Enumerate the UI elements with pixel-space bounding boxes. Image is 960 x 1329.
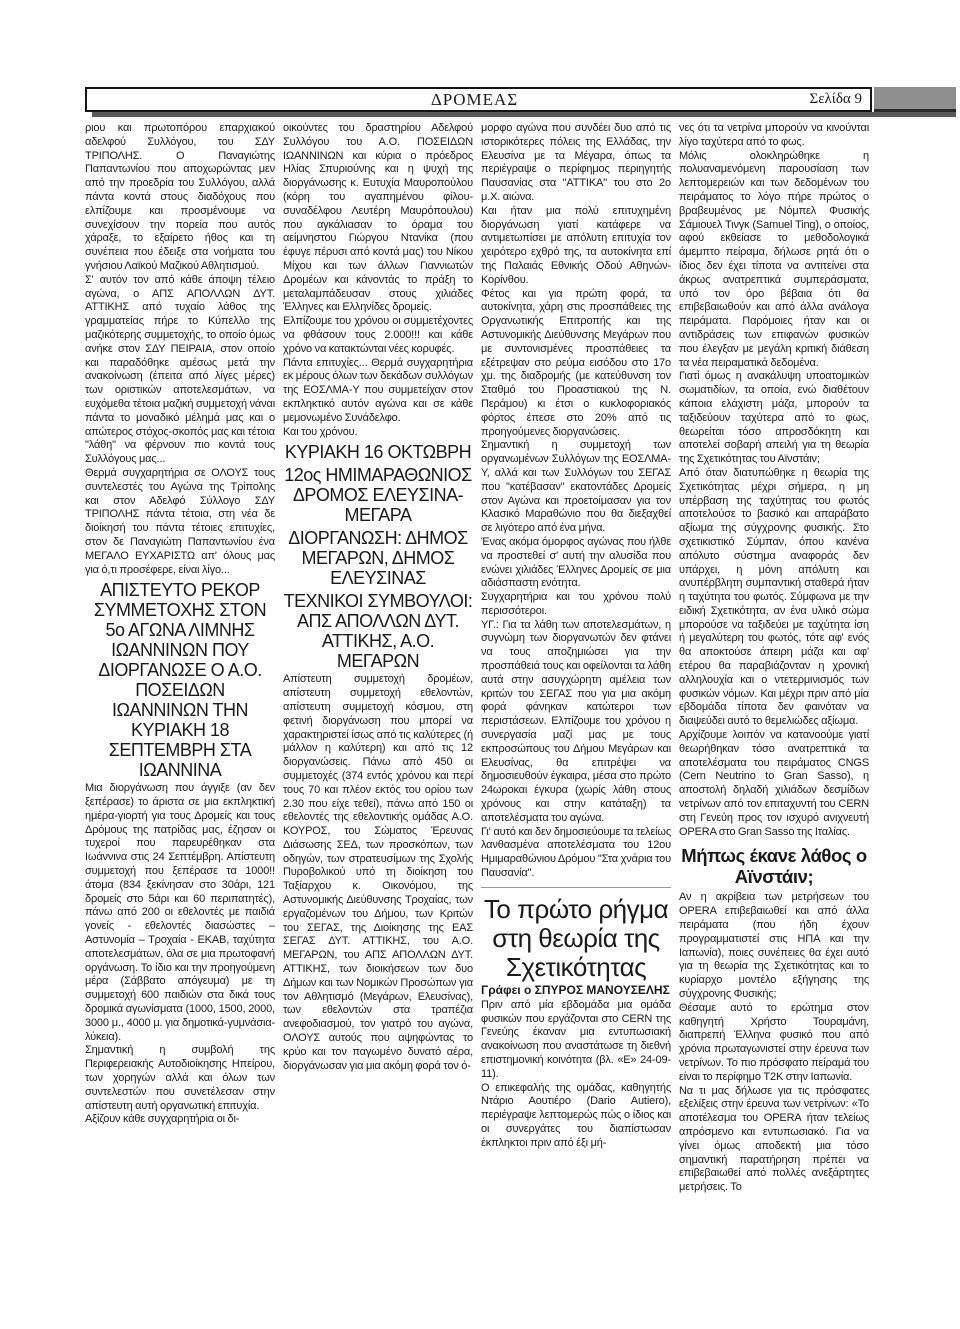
text-column-3: μορφο αγώνα που συνδέει δυο από τις ιστο… xyxy=(481,122,671,1247)
section-heading: ΚΥΡΙΑΚΗ 16 ΟΚΤΩΒΡΗ xyxy=(283,442,473,462)
paragraph: Αξίζουν κάθε συγχαρητήρια οι δι- xyxy=(85,1113,275,1127)
text-column-4: νες ότι τα νετρίνα μπορούν να κινούνται … xyxy=(679,122,869,1247)
article-title: Το πρώτο ρήγμα στη θεωρία της Σχετικότητ… xyxy=(481,887,671,982)
text-column-2: οικούντες του δραστηρίου Αδελφού Συλλόγο… xyxy=(283,122,473,1247)
paragraph: Και ήταν μια πολύ επιτυχημένη διοργάνωση… xyxy=(481,205,671,288)
paragraph: Αρχίζουμε λοιπόν να κατανοούμε γιατί θεω… xyxy=(679,729,869,839)
header-shadow xyxy=(92,112,956,117)
paragraph: Αν η ακρίβεια των μετρήσεων του OPERA επ… xyxy=(679,891,869,1001)
paragraph: Από όταν διατυπώθηκε η θεωρία της Σχετικ… xyxy=(679,467,869,729)
page-number-label: Σελίδα 9 xyxy=(772,91,870,108)
paragraph: Ο επικεφαλής της ομάδας, καθηγητής Ντάρι… xyxy=(481,1082,671,1151)
section-heading: 12ος ΗΜΙΜΑΡΑΘΩΝΙΟΣ ΔΡΟΜΟΣ ΕΛΕΥΣΙΝΑ-ΜΕΓΑΡ… xyxy=(283,465,473,525)
article-subheading: Μήπως έκανε λάθος ο Αϊνστάιν; xyxy=(679,846,869,887)
paragraph: Απίστευτη συμμετοχή δρομέων, απίστευτη σ… xyxy=(283,673,473,1073)
paragraph: Γιατί όμως η ανακάλυψη υποατομικών σωματ… xyxy=(679,370,869,467)
paragraph: οικούντες του δραστηρίου Αδελφού Συλλόγο… xyxy=(283,122,473,315)
section-heading: ΤΕΧΝΙΚΟΙ ΣΥΜΒΟΥΛΟΙ: ΑΠΣ ΑΠΟΛΛΩΝ ΔΥΤ. ΑΤΤ… xyxy=(283,591,473,671)
paragraph: ΥΓ.: Για τα λάθη των αποτελεσμάτων, η συ… xyxy=(481,619,671,826)
paragraph: νες ότι τα νετρίνα μπορούν να κινούνται … xyxy=(679,122,869,150)
paragraph: Μόλις ολοκληρώθηκε η πολυαναμενόμενη παρ… xyxy=(679,150,869,371)
paragraph: μορφο αγώνα που συνδέει δυο από τις ιστο… xyxy=(481,122,671,205)
newspaper-title: ΔΡΟΜΕΑΣ xyxy=(87,90,772,110)
paragraph: Γι' αυτό και δεν δημοσιεύουμε τα τελείως… xyxy=(481,826,671,881)
paragraph: Συγχαρητήρια και του χρόνου πολύ περισσό… xyxy=(481,591,671,619)
paragraph: Θέσαμε αυτό το ερώτημα στον καθηγητή Χρή… xyxy=(679,1002,869,1085)
paragraph: Και του χρόνου. xyxy=(283,426,473,440)
article-byline: Γράφει ο ΣΠΥΡΟΣ ΜΑΝΟΥΣΕΛΗΣ xyxy=(481,983,671,997)
paragraph: Ένας ακόμα όμορφος αγώνας που ήλθε να πρ… xyxy=(481,536,671,591)
paragraph: Να τι μας δήλωσε για τις πρόσφατες εξελί… xyxy=(679,1085,869,1195)
paragraph: Φέτος και για πρώτη φορά, τα αυτοκίνητα,… xyxy=(481,288,671,440)
newspaper-page: ΔΡΟΜΕΑΣ Σελίδα 9 ριου και πρωτοπόρου επα… xyxy=(0,0,960,1329)
section-heading: ΔΙΟΡΓΑΝΩΣΗ: ΔΗΜΟΣ ΜΕΓΑΡΩΝ, ΔΗΜΟΣ ΕΛΕΥΣΙΝ… xyxy=(283,528,473,588)
paragraph: Ελπίζουμε του χρόνου οι συμμετέχοντες να… xyxy=(283,315,473,356)
masthead-box: ΔΡΟΜΕΑΣ Σελίδα 9 xyxy=(85,87,872,112)
section-heading: ΑΠΙΣΤΕΥΤΟ ΡΕΚΟΡ ΣΥΜΜΕΤΟΧΗΣ ΣΤΟΝ 5ο ΑΓΩΝΑ… xyxy=(85,580,275,780)
paragraph: Σημαντική η συμμετοχή των οργανωμένων Συ… xyxy=(481,439,671,536)
paragraph: ριου και πρωτοπόρου επαρχιακού αδελφού Σ… xyxy=(85,122,275,274)
paragraph: Σ' αυτόν τον από κάθε άποψη τέλειο αγώνα… xyxy=(85,274,275,467)
paragraph: Σημαντική η συμβολή της Περιφερειακής Αυ… xyxy=(85,1044,275,1113)
text-column-1: ριου και πρωτοπόρου επαρχιακού αδελφού Σ… xyxy=(85,122,275,1247)
paragraph: Θερμά συγχαρητήρια σε ΟΛΟΥΣ τους συντελε… xyxy=(85,467,275,577)
paragraph: Πάντα επιτυχίες... Θερμά συγχαρητήρια εκ… xyxy=(283,357,473,426)
header-corner-block xyxy=(874,87,956,112)
paragraph: Μια διοργάνωση που άγγιξε (αν δεν ξεπέρα… xyxy=(85,782,275,1044)
paragraph: Πριν από μία εβδομάδα μια ομάδα φυσικών … xyxy=(481,999,671,1082)
